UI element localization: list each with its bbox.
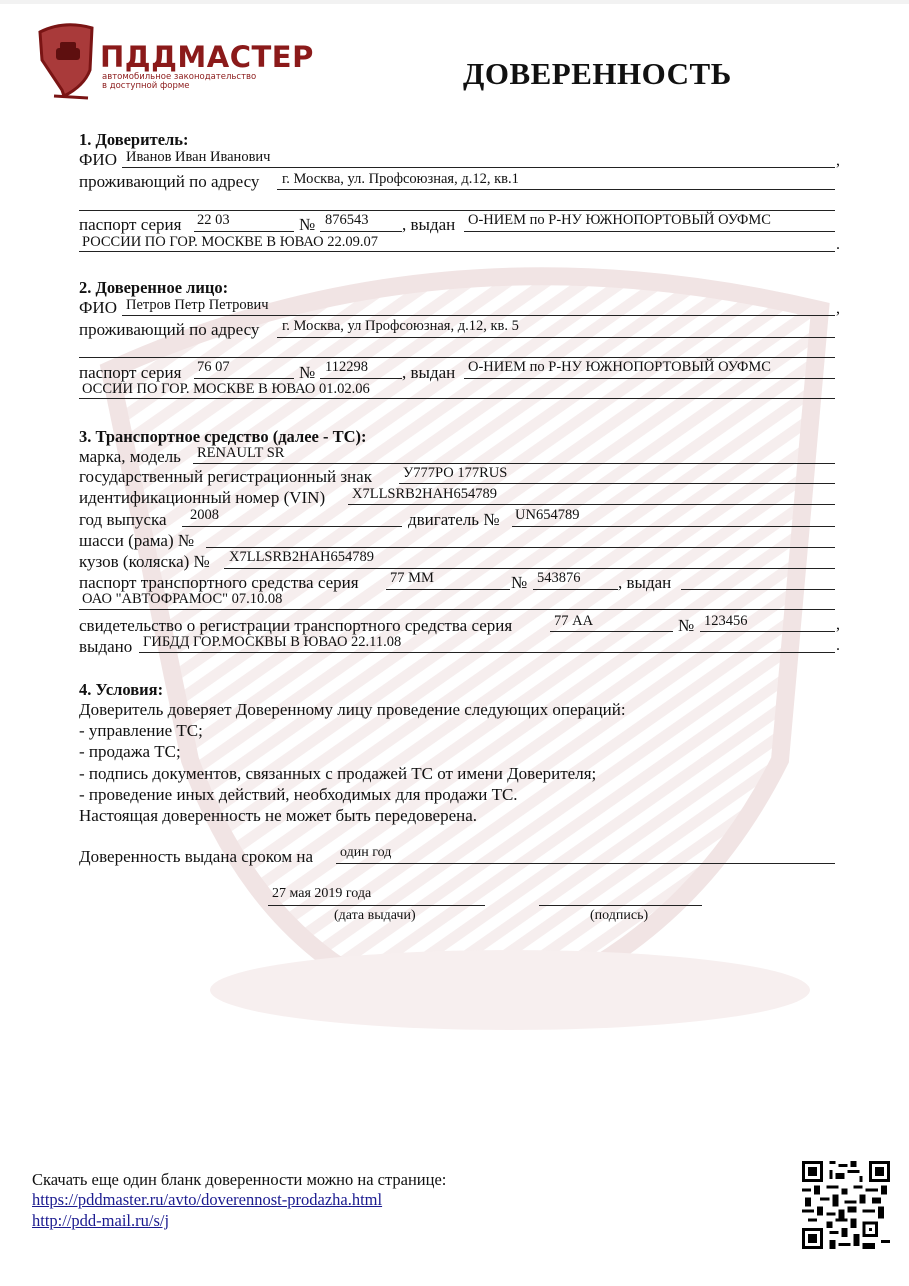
condition-item: - проведение иных действий, необходимых … xyxy=(79,785,518,805)
section2-passport-number[interactable]: 112298 xyxy=(325,359,368,376)
comma: , xyxy=(836,300,840,318)
line xyxy=(386,589,510,590)
footer-text: Скачать еще один бланк доверенности можн… xyxy=(32,1170,446,1190)
line xyxy=(194,231,294,232)
line xyxy=(700,631,835,632)
vin-label: идентификационный номер (VIN) xyxy=(79,488,325,508)
number-label: № xyxy=(678,616,694,636)
chassis-label: шасси (рама) № xyxy=(79,531,194,551)
condition-item: - подпись документов, связанных с продаж… xyxy=(79,764,596,784)
vehicle-body[interactable]: X7LLSRB2HAH654789 xyxy=(229,549,374,566)
line xyxy=(320,378,402,379)
pts-issued-by[interactable]: ОАО "АВТОФРАМОС" 07.10.08 xyxy=(82,591,282,608)
footer-link-2[interactable]: http://pdd-mail.ru/s/j xyxy=(32,1211,169,1231)
section1-address[interactable]: г. Москва, ул. Профсоюзная, д.12, кв.1 xyxy=(282,171,519,188)
sts-issued-label: выдано xyxy=(79,637,132,657)
vehicle-vin[interactable]: X7LLSRB2HAH654789 xyxy=(352,486,497,503)
date-line xyxy=(268,905,485,906)
issued-label: , выдан xyxy=(402,215,455,235)
condition-item: - управление ТС; xyxy=(79,721,203,741)
section2-fio-label: ФИО xyxy=(79,298,117,318)
line xyxy=(681,589,835,590)
number-label: № xyxy=(299,363,315,383)
pts-series[interactable]: 77 ММ xyxy=(390,570,434,587)
conditions-intro: Доверитель доверяет Доверенному лицу про… xyxy=(79,700,626,720)
line xyxy=(79,251,835,252)
period: . xyxy=(836,236,840,254)
page-title: ДОВЕРЕННОСТЬ xyxy=(463,56,732,92)
condition-item: - продажа ТС; xyxy=(79,742,181,762)
line xyxy=(320,231,402,232)
section2-passport-series-label: паспорт серия xyxy=(79,363,181,383)
comma: , xyxy=(836,616,840,634)
issue-date[interactable]: 27 мая 2019 года xyxy=(272,886,371,902)
logo: ПДДМАСТЕР автомобильное законодательство… xyxy=(34,20,294,100)
section2-address-label: проживающий по адресу xyxy=(79,320,259,340)
pts-number[interactable]: 543876 xyxy=(537,570,581,587)
line xyxy=(79,398,835,399)
section1-fio[interactable]: Иванов Иван Иванович xyxy=(126,149,270,166)
section2-passport-series[interactable]: 76 07 xyxy=(197,359,230,376)
number-label: № xyxy=(299,215,315,235)
pts-label: паспорт транспортного средства серия xyxy=(79,573,359,593)
number-label: № xyxy=(511,573,527,593)
section2-fio[interactable]: Петров Петр Петрович xyxy=(126,297,269,314)
section3-heading: 3. Транспортное средство (далее - ТС): xyxy=(79,427,367,447)
year-label: год выпуска xyxy=(79,510,167,530)
line xyxy=(399,483,835,484)
sts-series[interactable]: 77 АА xyxy=(554,613,593,630)
vehicle-make[interactable]: RENAULT SR xyxy=(197,445,284,462)
line xyxy=(533,589,618,590)
logo-tagline-2: в доступной форме xyxy=(102,82,256,91)
plate-label: государственный регистрационный знак xyxy=(79,467,372,487)
line xyxy=(193,463,835,464)
line xyxy=(79,357,835,358)
section2-heading: 2. Доверенное лицо: xyxy=(79,278,228,298)
section1-fio-line xyxy=(122,167,835,168)
line xyxy=(348,504,835,505)
line xyxy=(194,378,294,379)
line xyxy=(139,652,835,653)
section1-issued-by-2[interactable]: РОССИИ ПО ГОР. МОСКВЕ В ЮВАО 22.09.07 xyxy=(82,234,378,251)
issued-label: , выдан xyxy=(618,573,671,593)
line xyxy=(464,378,835,379)
signature-line[interactable] xyxy=(539,905,702,906)
footer-link-1[interactable]: https://pddmaster.ru/avto/doverennost-pr… xyxy=(32,1190,382,1210)
section2-issued-by-1[interactable]: О-НИЕМ по Р-НУ ЮЖНОПОРТОВЫЙ ОУФМС xyxy=(468,359,771,376)
section1-fio-label: ФИО xyxy=(79,150,117,170)
sts-issued-by[interactable]: ГИБДД ГОР.МОСКВЫ В ЮВАО 22.11.08 xyxy=(143,634,401,651)
logo-tagline: автомобильное законодательство в доступн… xyxy=(102,73,256,91)
line xyxy=(464,231,835,232)
body-label: кузов (коляска) № xyxy=(79,552,210,572)
vehicle-plate[interactable]: У777РО 177RUS xyxy=(403,465,507,482)
line xyxy=(182,526,402,527)
section2-issued-by-2[interactable]: ОССИИ ПО ГОР. МОСКВЕ В ЮВАО 01.02.06 xyxy=(82,381,370,398)
vehicle-year[interactable]: 2008 xyxy=(190,507,219,524)
sts-label: свидетельство о регистрации транспортног… xyxy=(79,616,512,636)
engine-label: двигатель № xyxy=(408,510,500,530)
section1-passport-series[interactable]: 22 03 xyxy=(197,212,230,229)
signature-caption: (подпись) xyxy=(590,908,648,924)
line xyxy=(122,315,835,316)
sts-number[interactable]: 123456 xyxy=(704,613,748,630)
make-label: марка, модель xyxy=(79,447,181,467)
vehicle-engine[interactable]: UN654789 xyxy=(515,507,579,524)
section2-address[interactable]: г. Москва, ул Профсоюзная, д.12, кв. 5 xyxy=(282,318,519,335)
top-border xyxy=(0,0,909,4)
section1-passport-series-label: паспорт серия xyxy=(79,215,181,235)
section1-issued-by-1[interactable]: О-НИЕМ по Р-НУ ЮЖНОПОРТОВЫЙ ОУФМС xyxy=(468,212,771,229)
validity-label: Доверенность выдана сроком на xyxy=(79,847,313,867)
line xyxy=(79,609,835,610)
line xyxy=(512,526,835,527)
section1-address-line xyxy=(277,189,835,190)
period: . xyxy=(836,637,840,655)
line xyxy=(277,337,835,338)
date-caption: (дата выдачи) xyxy=(334,908,416,924)
line xyxy=(224,568,835,569)
validity-value[interactable]: один год xyxy=(340,845,391,861)
comma: , xyxy=(836,152,840,170)
logo-name: ПДДМАСТЕР xyxy=(100,42,314,72)
conditions-note: Настоящая доверенность не может быть пер… xyxy=(79,806,477,826)
line xyxy=(206,547,835,548)
line xyxy=(336,863,835,864)
issued-label: , выдан xyxy=(402,363,455,383)
section4-heading: 4. Условия: xyxy=(79,680,163,700)
qr-code-icon[interactable] xyxy=(802,1161,890,1249)
section1-passport-number[interactable]: 876543 xyxy=(325,212,369,229)
section1-address-label: проживающий по адресу xyxy=(79,172,259,192)
section1-address-line-2 xyxy=(79,210,835,211)
line xyxy=(550,631,673,632)
shield-car-icon xyxy=(34,20,100,100)
section1-heading: 1. Доверитель: xyxy=(79,130,189,150)
